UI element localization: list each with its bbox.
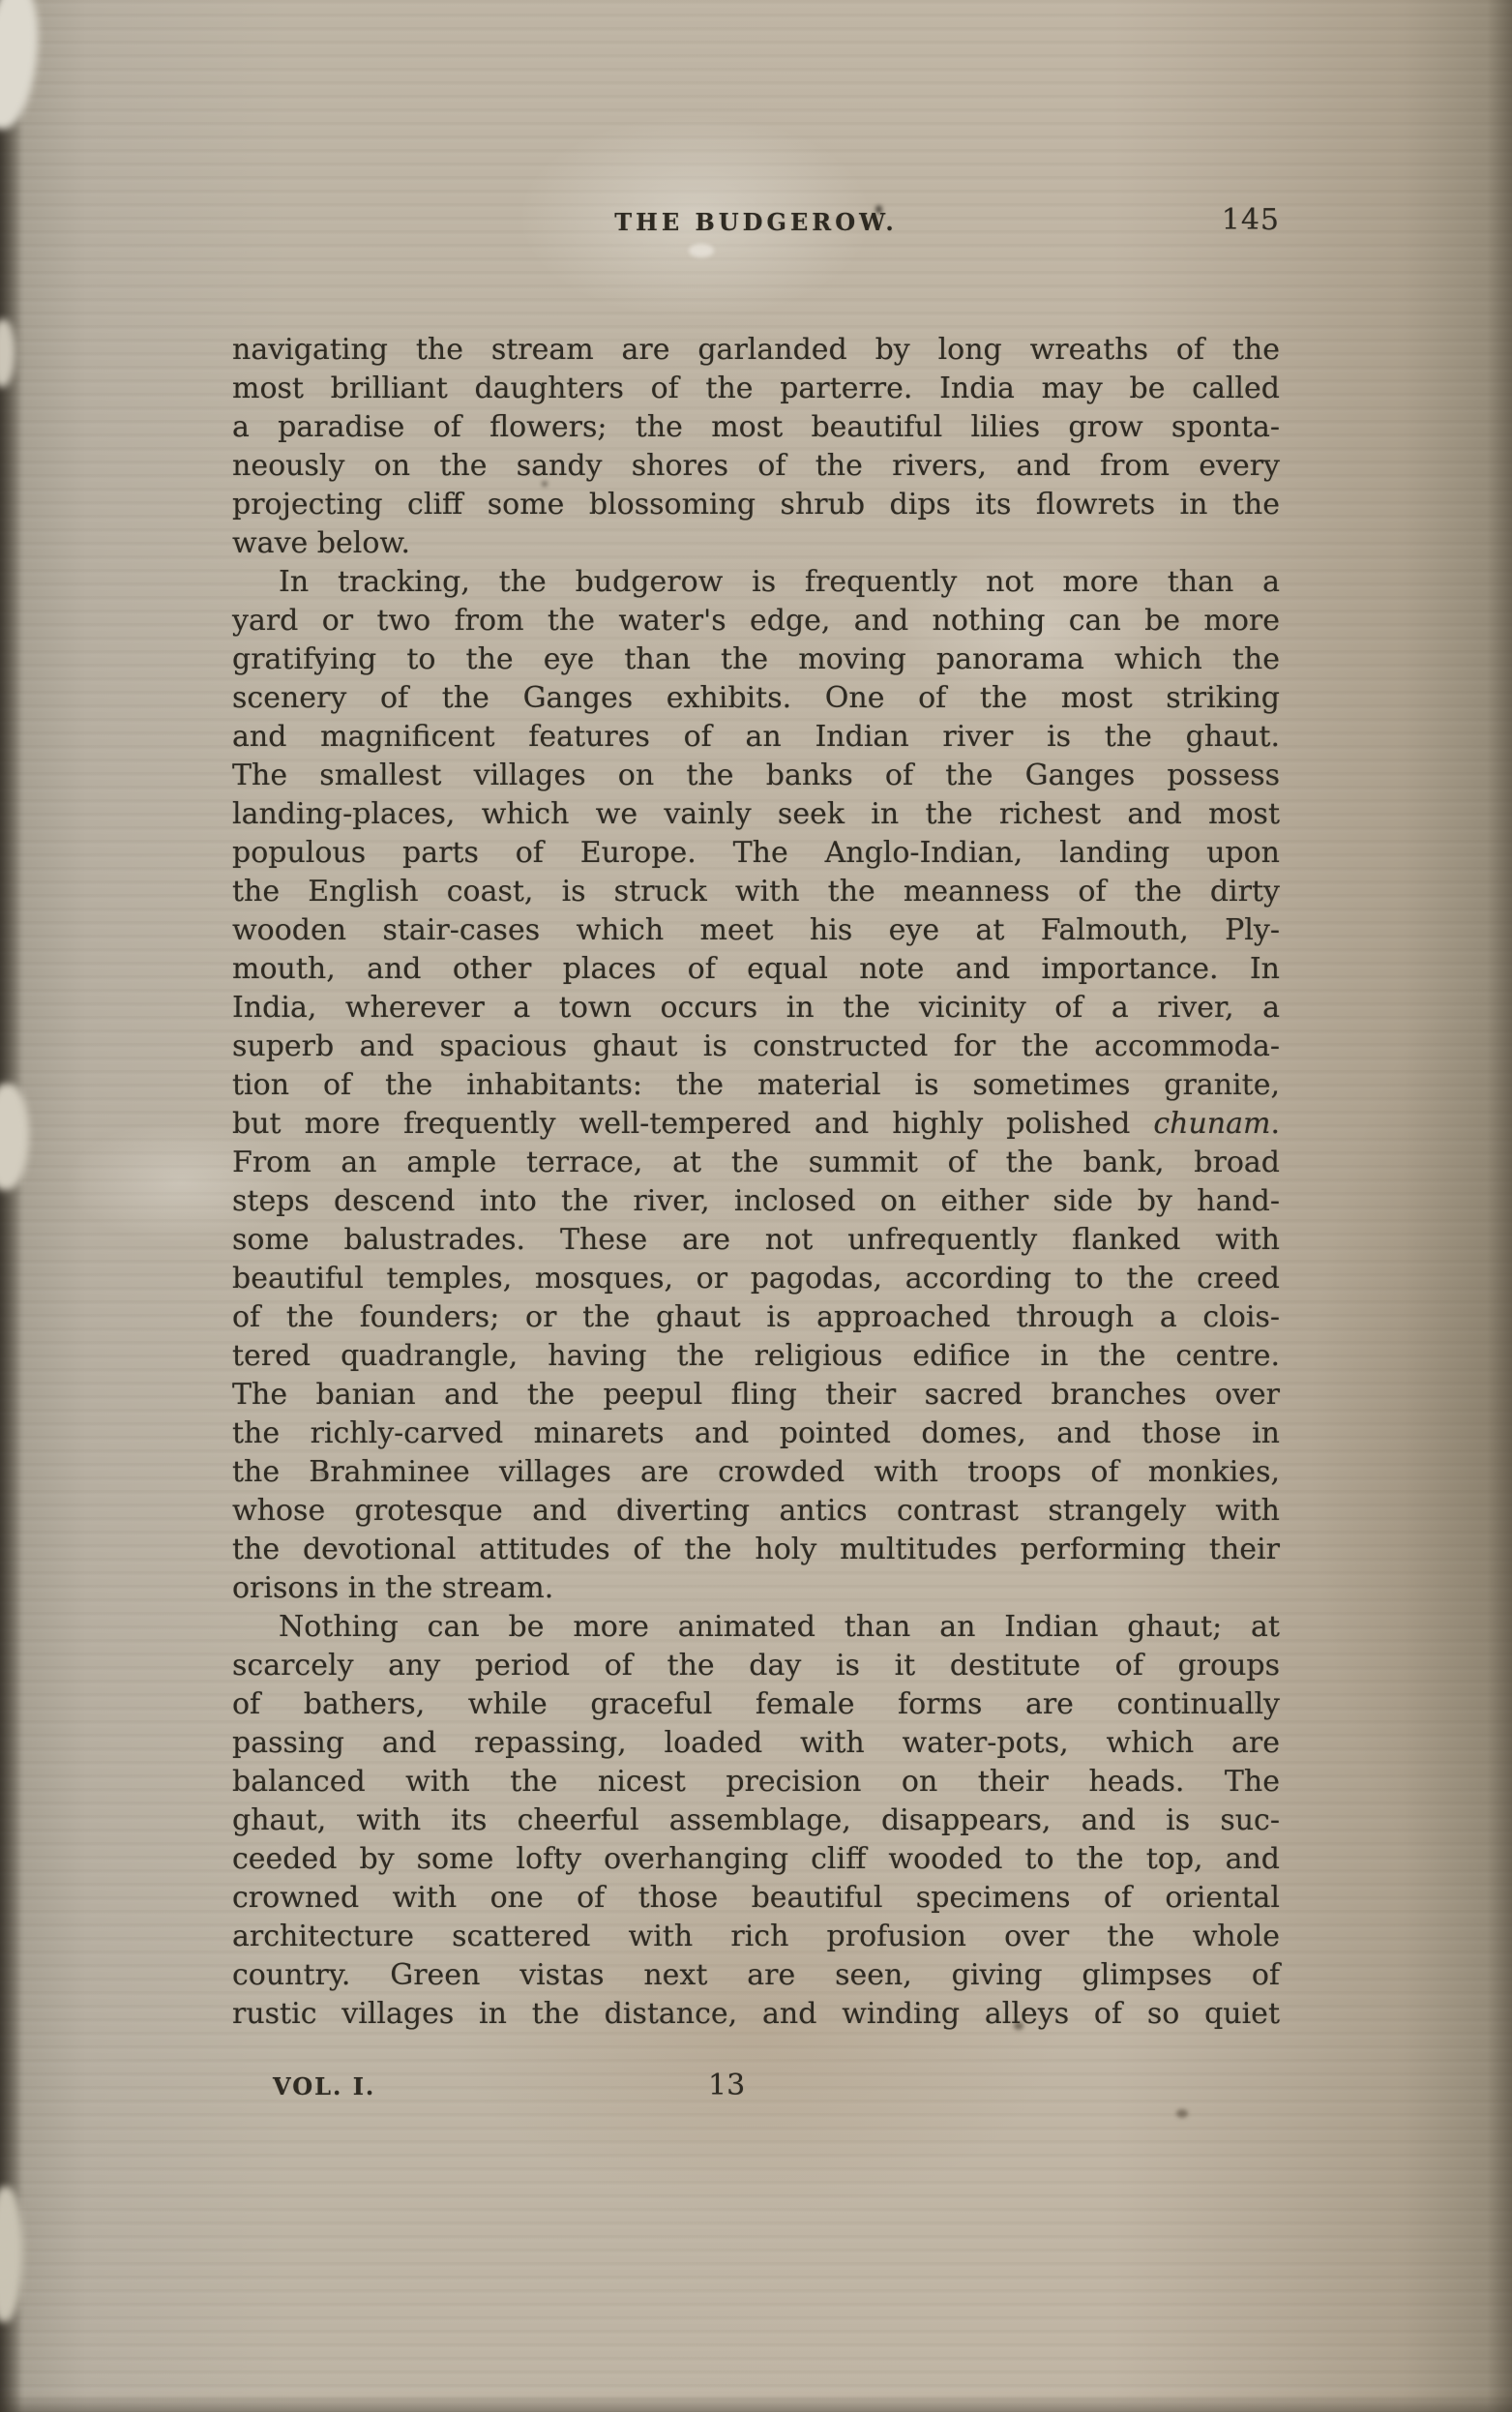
text-line: wave below.	[232, 524, 1280, 563]
text-line: the devotional attitudes of the holy mul…	[232, 1531, 1280, 1569]
text-line: The banian and the peepul fling their sa…	[232, 1376, 1280, 1414]
text-line: country. Green vistas next are seen, giv…	[232, 1956, 1280, 1995]
text-line: beautiful temples, mosques, or pagodas, …	[232, 1260, 1280, 1298]
paper-stain	[1176, 2109, 1188, 2118]
text-line: From an ample terrace, at the summit of …	[232, 1144, 1280, 1182]
text-line: the Brahminee villages are crowded with …	[232, 1453, 1280, 1492]
text-line: landing-places, which we vainly seek in …	[232, 795, 1280, 834]
text-line: passing and repassing, loaded with water…	[232, 1724, 1280, 1763]
page-header: THE BUDGEROW. 145	[232, 205, 1280, 244]
text-line: mouth, and other places of equal note an…	[232, 950, 1280, 989]
text-line: gratifying to the eye than the moving pa…	[232, 640, 1280, 679]
text-line: yard or two from the water's edge, and n…	[232, 602, 1280, 640]
text-line: of bathers, while graceful female forms …	[232, 1685, 1280, 1724]
book-page: THE BUDGEROW. 145 navigating the stream …	[0, 0, 1512, 2412]
paper-tear	[0, 0, 44, 132]
running-title: THE BUDGEROW.	[232, 205, 1280, 240]
text-line: projecting cliff some blossoming shrub d…	[232, 486, 1280, 524]
text-line: neously on the sandy shores of the river…	[232, 447, 1280, 486]
page-footer: VOL. I. 13	[232, 2069, 1280, 2109]
volume-label: VOL. I.	[273, 2072, 375, 2100]
text-line: In tracking, the budgerow is frequently …	[232, 563, 1280, 602]
text-line: ceeded by some lofty overhanging cliff w…	[232, 1840, 1280, 1879]
text-line: the English coast, is struck with the me…	[232, 873, 1280, 911]
page-body: navigating the stream are garlanded by l…	[232, 331, 1280, 2034]
text-line: Nothing can be more animated than an Ind…	[232, 1608, 1280, 1647]
page-bottom-edge	[0, 2395, 1512, 2412]
text-line: of the founders; or the ghaut is approac…	[232, 1298, 1280, 1337]
text-line: most brilliant daughters of the parterre…	[232, 370, 1280, 408]
page-right-edge	[1487, 0, 1512, 2412]
text-line: whose grotesque and diverting antics con…	[232, 1492, 1280, 1531]
text-line: crowned with one of those beautiful spec…	[232, 1879, 1280, 1918]
text-line: some balustrades. These are not unfreque…	[232, 1221, 1280, 1260]
page-number: 145	[1222, 203, 1280, 238]
text-line: and magnificent features of an Indian ri…	[232, 718, 1280, 757]
text-line: tion of the inhabitants: the material is…	[232, 1066, 1280, 1105]
text-line: navigating the stream are garlanded by l…	[232, 331, 1280, 370]
text-line: but more frequently well-tempered and hi…	[232, 1105, 1280, 1144]
text-line: wooden stair-cases which meet his eye at…	[232, 911, 1280, 950]
text-line: a paradise of flowers; the most beautifu…	[232, 408, 1280, 447]
text-line: The smallest villages on the banks of th…	[232, 757, 1280, 795]
text-line: India, wherever a town occurs in the vic…	[232, 989, 1280, 1027]
text-line: superb and spacious ghaut is constructed…	[232, 1027, 1280, 1066]
text-line: the richly-carved minarets and pointed d…	[232, 1414, 1280, 1453]
signature-number: 13	[708, 2069, 745, 2102]
text-line: scenery of the Ganges exhibits. One of t…	[232, 679, 1280, 718]
text-line: tered quadrangle, having the religious e…	[232, 1337, 1280, 1376]
paper-stain	[689, 244, 714, 257]
text-line: steps descend into the river, inclosed o…	[232, 1182, 1280, 1221]
text-line: balanced with the nicest precision on th…	[232, 1763, 1280, 1802]
paper-tear	[0, 1084, 29, 1190]
text-line: populous parts of Europe. The Anglo-Indi…	[232, 834, 1280, 873]
text-line: scarcely any period of the day is it des…	[232, 1647, 1280, 1685]
text-line: ghaut, with its cheerful assemblage, dis…	[232, 1802, 1280, 1840]
text-line: rustic villages in the distance, and win…	[232, 1995, 1280, 2034]
text-line: orisons in the stream.	[232, 1569, 1280, 1608]
text-line: architecture scattered with rich profusi…	[232, 1918, 1280, 1956]
